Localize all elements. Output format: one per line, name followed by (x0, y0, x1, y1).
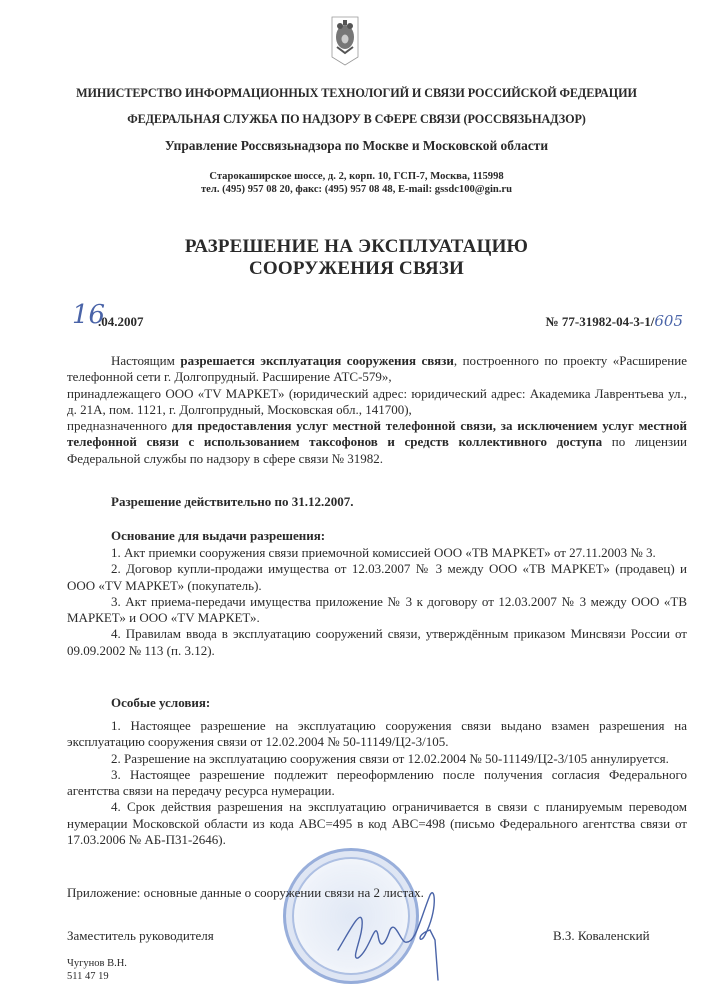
paragraph-purpose: предназначенного для предоставления услу… (67, 418, 687, 467)
basis-item: 2. Договор купли-продажи имущества от 12… (67, 561, 687, 594)
conditions-heading: Особые условия: (111, 695, 210, 711)
condition-item: 2. Разрешение на эксплуатацию сооружения… (67, 751, 687, 767)
signature-icon (330, 880, 460, 990)
paragraph-owner: принадлежащего ООО «TV МАРКЕТ» (юридичес… (67, 386, 687, 419)
coat-of-arms-icon (330, 15, 360, 67)
basis-item: 4. Правилам ввода в эксплуатацию сооруже… (67, 626, 687, 659)
basis-item: 1. Акт приемки сооружения связи приемочн… (67, 545, 687, 561)
issue-date: .04.2007 (98, 314, 144, 330)
ministry-name: МИНИСТЕРСТВО ИНФОРМАЦИОННЫХ ТЕХНОЛОГИЙ И… (0, 86, 713, 101)
basis-item: 3. Акт приема-передачи имущества приложе… (67, 594, 687, 627)
validity-statement: Разрешение действительно по 31.12.2007. (111, 494, 353, 510)
basis-list: 1. Акт приемки сооружения связи приемочн… (67, 545, 687, 659)
executor-name: Чугунов В.Н. (67, 957, 127, 970)
signatory-position: Заместитель руководителя (67, 928, 214, 944)
service-name: ФЕДЕРАЛЬНАЯ СЛУЖБА ПО НАДЗОРУ В СФЕРЕ СВ… (0, 112, 713, 127)
contacts: тел. (495) 957 08 20, факс: (495) 957 08… (0, 183, 713, 196)
document-title-line1: РАЗРЕШЕНИЕ НА ЭКСПЛУАТАЦИЮ (0, 236, 713, 258)
document-title-line2: СООРУЖЕНИЯ СВЯЗИ (0, 258, 713, 280)
condition-item: 1. Настоящее разрешение на эксплуатацию … (67, 718, 687, 751)
executor-phone: 511 47 19 (67, 970, 127, 983)
basis-heading: Основание для выдачи разрешения: (111, 528, 325, 544)
department-name: Управление Россвязьнадзора по Москве и М… (0, 138, 713, 154)
executor-info: Чугунов В.Н. 511 47 19 (67, 957, 127, 983)
paragraph-permission: Настоящим разрешается эксплуатация соору… (67, 353, 687, 386)
signatory-name: В.З. Коваленский (553, 928, 650, 944)
condition-item: 3. Настоящее разрешение подлежит переофо… (67, 767, 687, 800)
document-number: № 77-31982-04-3-1/605 (546, 312, 683, 330)
condition-item: 4. Срок действия разрешения на эксплуата… (67, 799, 687, 848)
conditions-list: 1. Настоящее разрешение на эксплуатацию … (67, 718, 687, 848)
permission-body: Настоящим разрешается эксплуатация соору… (67, 353, 687, 467)
address: Старокаширское шоссе, д. 2, корп. 10, ГС… (0, 170, 713, 183)
